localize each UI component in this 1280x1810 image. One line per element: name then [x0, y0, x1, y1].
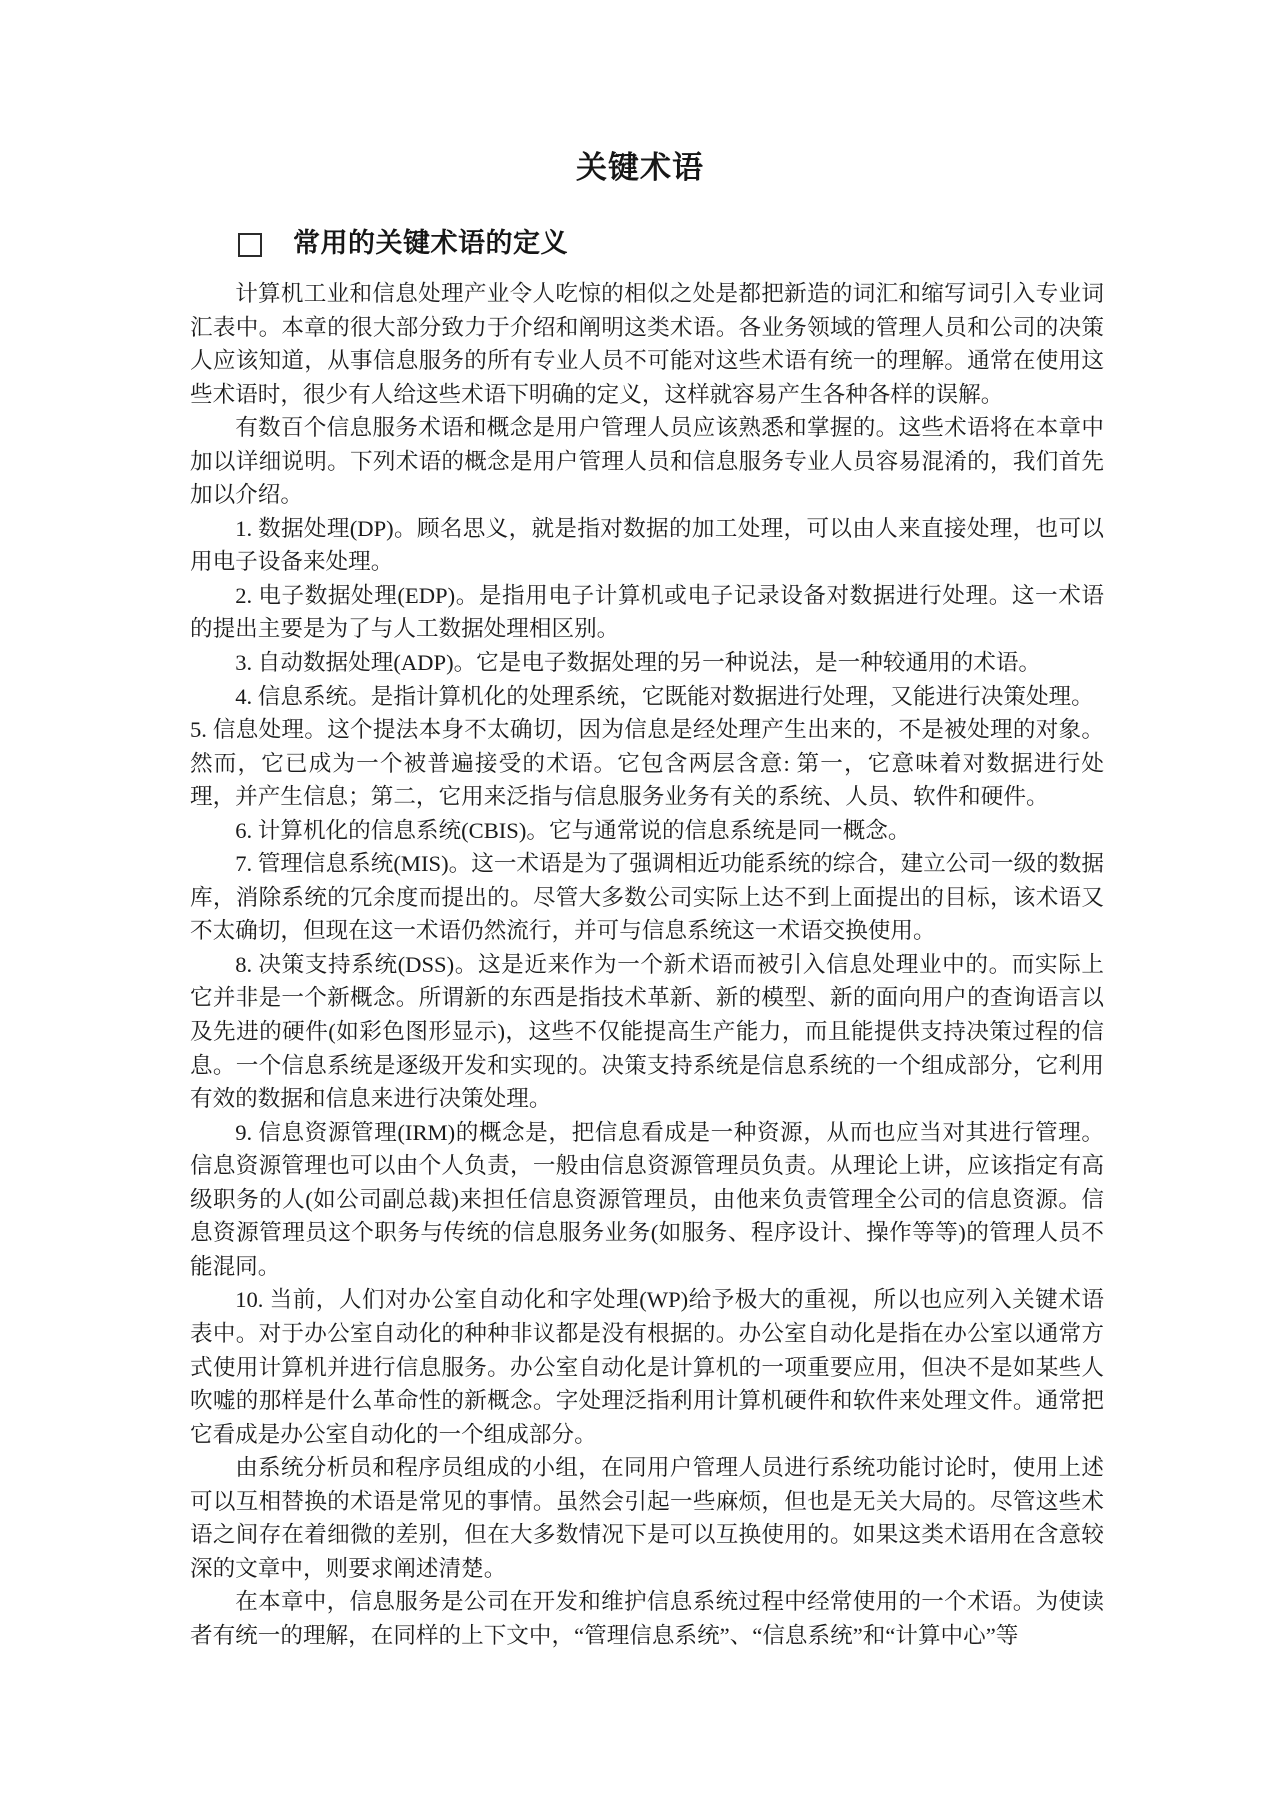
section-heading-label: 常用的关键术语的定义 — [293, 228, 568, 260]
document-page: 关键术语 常用的关键术语的定义 计算机工业和信息处理产业令人吃惊的相似之处是都把… — [0, 0, 1280, 1810]
body-text: 计算机工业和信息处理产业令人吃惊的相似之处是都把新造的词汇和缩写词引入专业词汇表… — [190, 277, 1104, 1652]
paragraph: 9. 信息资源管理(IRM)的概念是，把信息看成是一种资源，从而也应当对其进行管… — [190, 1116, 1104, 1284]
paragraph: 在本章中，信息服务是公司在开发和维护信息系统过程中经常使用的一个术语。为使读者有… — [190, 1585, 1104, 1652]
paragraph: 4. 信息系统。是指计算机化的处理系统，它既能对数据进行处理，又能进行决策处理。 — [190, 680, 1104, 714]
paragraph: 计算机工业和信息处理产业令人吃惊的相似之处是都把新造的词汇和缩写词引入专业词汇表… — [190, 277, 1104, 411]
section-heading: 常用的关键术语的定义 — [238, 228, 568, 260]
paragraph: 5. 信息处理。这个提法本身不太确切，因为信息是经处理产生出来的，不是被处理的对… — [190, 713, 1104, 814]
paragraph: 10. 当前，人们对办公室自动化和字处理(WP)给予极大的重视，所以也应列入关键… — [190, 1283, 1104, 1451]
paragraph: 2. 电子数据处理(EDP)。是指用电子计算机或电子记录设备对数据进行处理。这一… — [190, 579, 1104, 646]
paragraph: 3. 自动数据处理(ADP)。它是电子数据处理的另一种说法，是一种较通用的术语。 — [190, 646, 1104, 680]
square-bullet-icon — [238, 233, 262, 257]
paragraph: 由系统分析员和程序员组成的小组，在同用户管理人员进行系统功能讨论时，使用上述可以… — [190, 1451, 1104, 1585]
paragraph: 7. 管理信息系统(MIS)。这一术语是为了强调相近功能系统的综合，建立公司一级… — [190, 847, 1104, 948]
paragraph: 有数百个信息服务术语和概念是用户管理人员应该熟悉和掌握的。这些术语将在本章中加以… — [190, 411, 1104, 512]
paragraph: 8. 决策支持系统(DSS)。这是近来作为一个新术语而被引入信息处理业中的。而实… — [190, 948, 1104, 1116]
paragraph: 1. 数据处理(DP)。顾名思义，就是指对数据的加工处理，可以由人来直接处理，也… — [190, 512, 1104, 579]
paragraph: 6. 计算机化的信息系统(CBIS)。它与通常说的信息系统是同一概念。 — [190, 814, 1104, 848]
page-title: 关键术语 — [0, 148, 1280, 188]
